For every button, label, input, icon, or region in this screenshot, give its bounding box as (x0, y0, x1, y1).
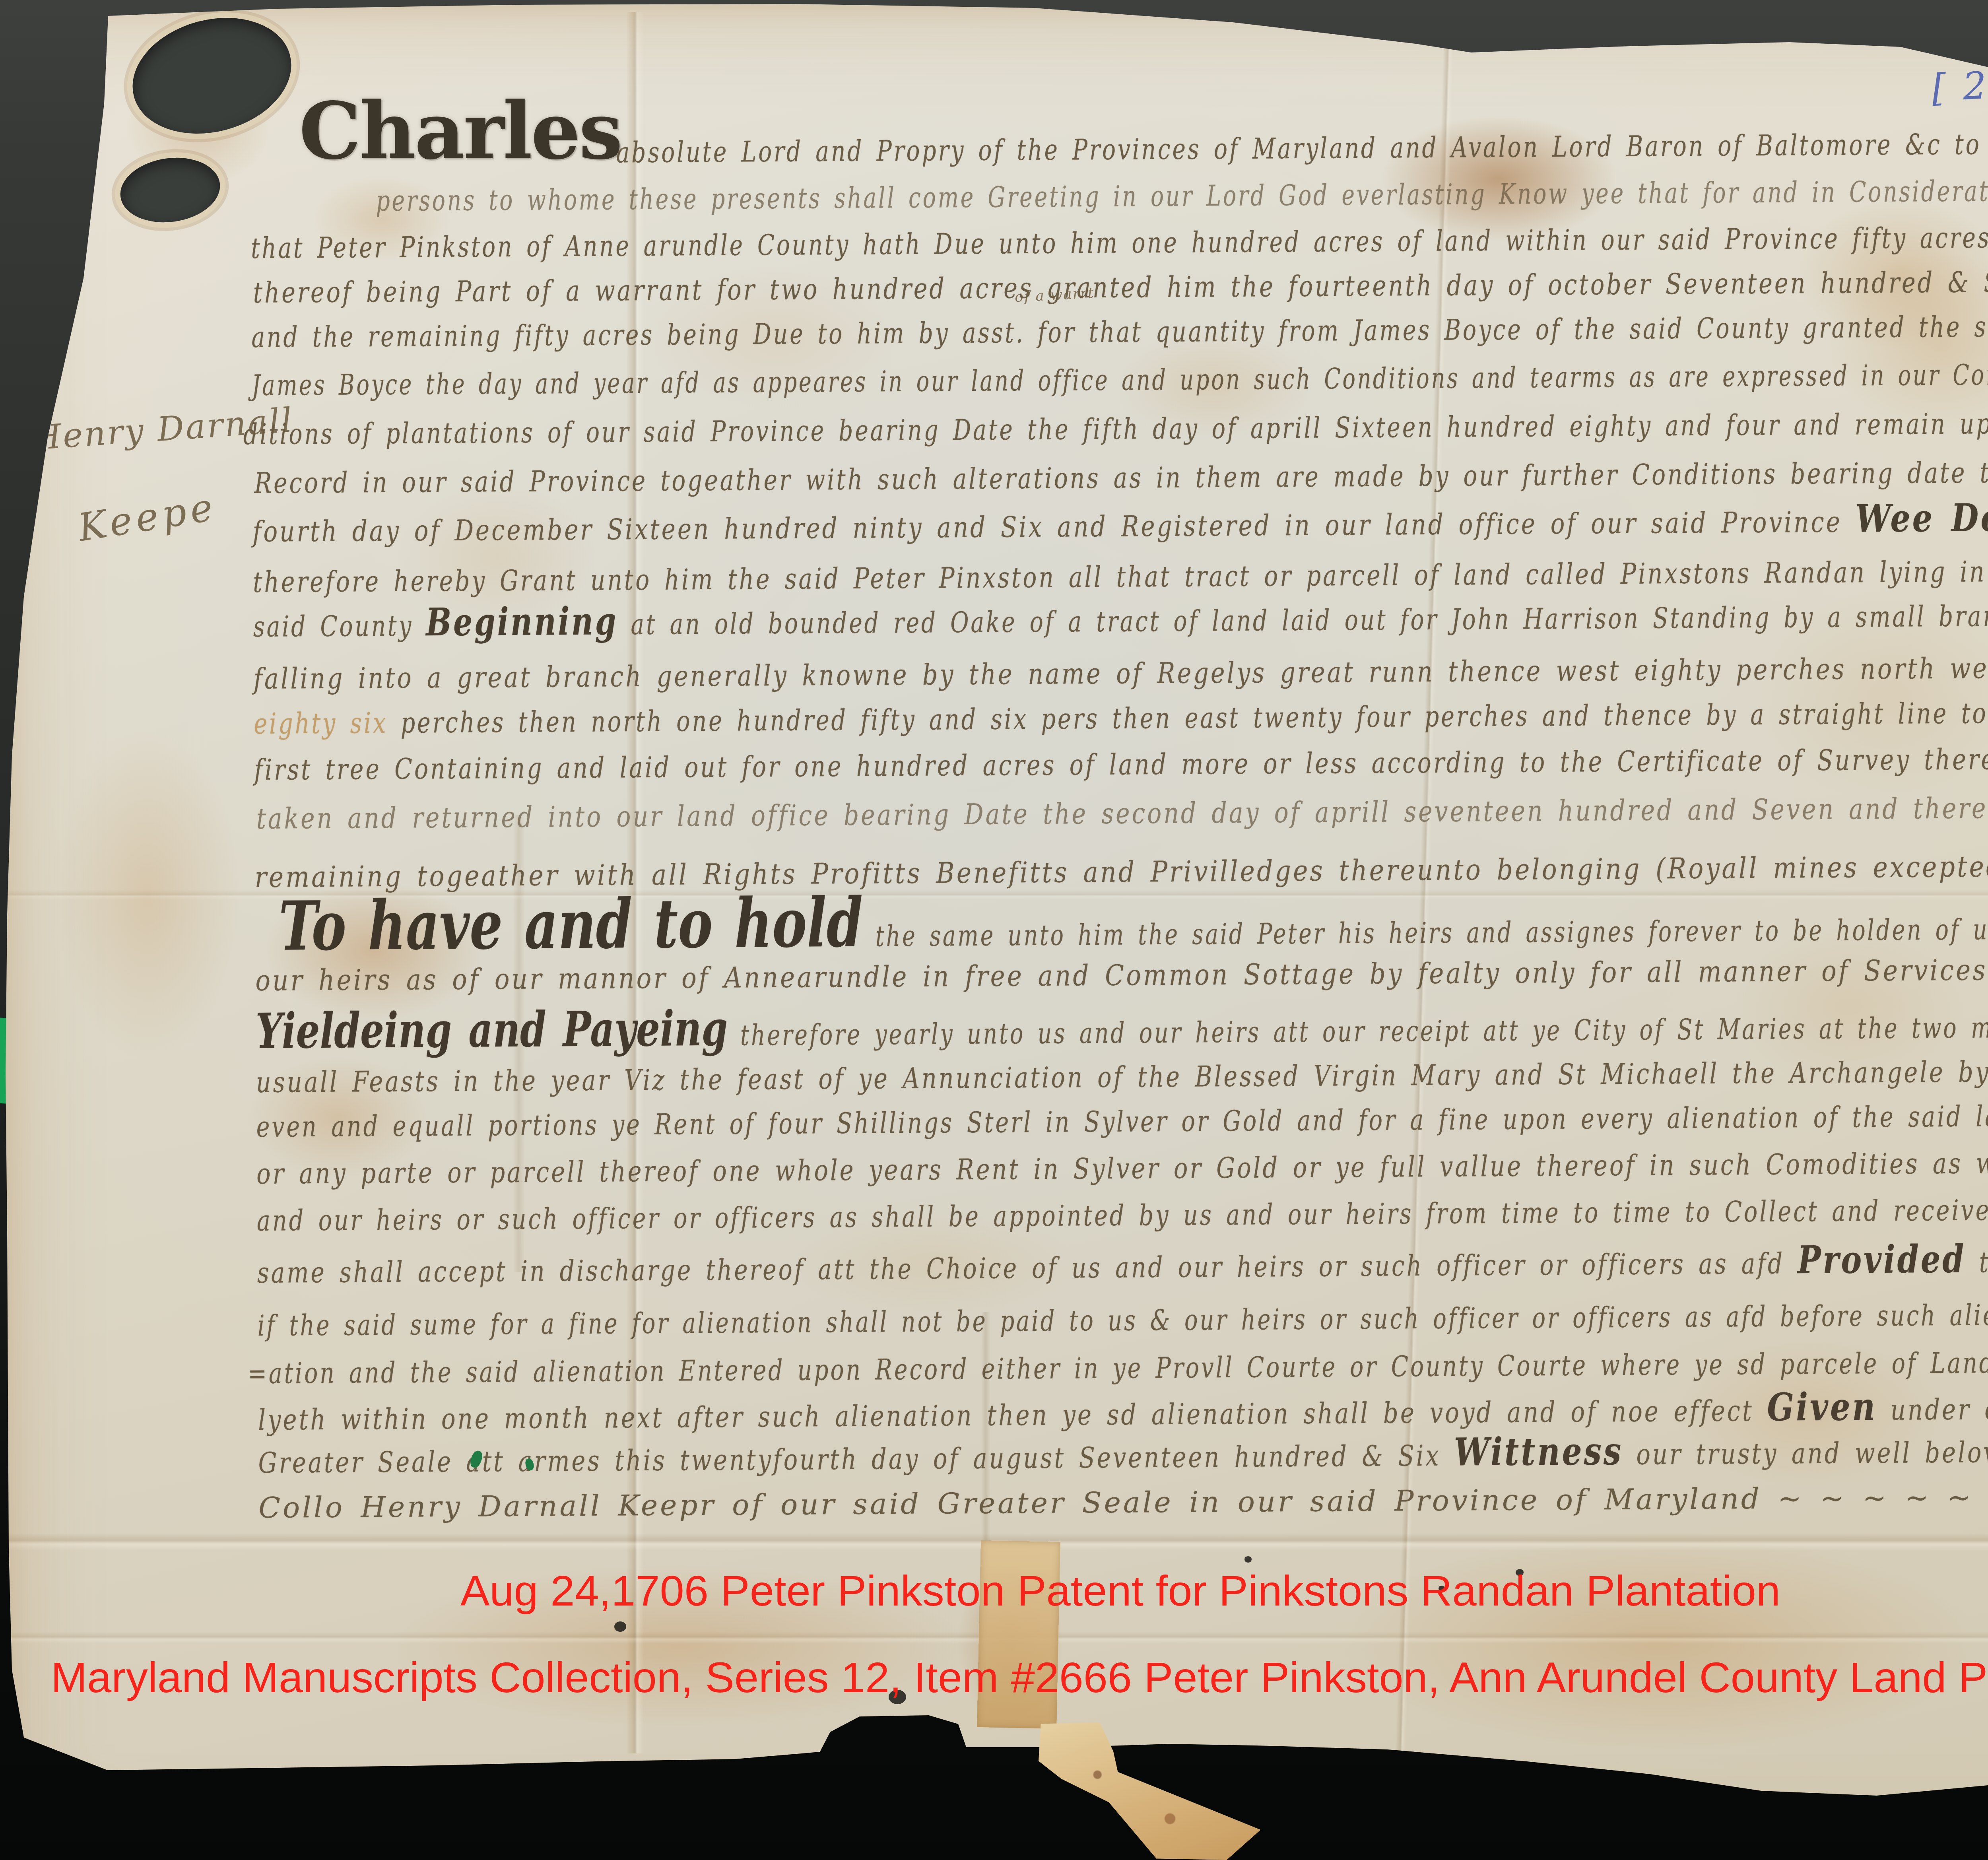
manuscript-line: Yieldeing and Payeing therefore yearly u… (256, 992, 1988, 1060)
manuscript-line: if the said sume for a fine for alienati… (257, 1298, 1988, 1342)
manuscript-line: even and equall portions ye Rent of four… (256, 1099, 1988, 1144)
manuscript-line: taken and returned into our land office … (256, 791, 1988, 835)
scanned-document-photo: Charles absolute Lord and Propry of the … (0, 0, 1988, 1860)
manuscript-line: absolute Lord and Propry of the Province… (616, 127, 1988, 169)
manuscript-line: same shall accept in discharge thereof a… (257, 1236, 1988, 1292)
manuscript-line: James Boyce the day and year afd as appe… (252, 358, 1988, 402)
manuscript-line: thereof being Part of a warrant for two … (253, 265, 1988, 309)
manuscript-line: first tree Containing and laid out for o… (254, 742, 1988, 786)
manuscript-line: said County Beginning at an old bounded … (253, 590, 1988, 646)
caption-date-title: Aug 24,1706 Peter Pinkston Patent for Pi… (460, 1566, 1780, 1615)
manuscript-line: Record in our said Province togeather wi… (254, 456, 1988, 500)
manuscript-line: fourth day of December Sixteen hundred n… (252, 495, 1988, 551)
caption-collection-reference: Maryland Manuscripts Collection, Series … (51, 1652, 1988, 1702)
ink-speck (1244, 1556, 1252, 1563)
manuscript-line: Collo Henry Darnall Keepr of our said Gr… (258, 1480, 1988, 1524)
manuscript-line: or any parte or parcell thereof one whol… (256, 1146, 1988, 1190)
manuscript-line: eighty six perches then north one hundre… (254, 696, 1988, 740)
ink-speck (614, 1621, 626, 1632)
manuscript-line: =ation and the said alienation Entered u… (248, 1346, 1988, 1390)
manuscript-line: and our heirs or such officer or officer… (257, 1193, 1988, 1237)
manuscript-line: usuall Feasts in the year Viz the feast … (256, 1055, 1988, 1099)
manuscript-line: ditions of plantations of our said Provi… (243, 407, 1988, 451)
manuscript-line: and the remaining fifty acres being Due … (251, 310, 1988, 354)
manuscript-line: persons to whome these presents shall co… (376, 174, 1988, 217)
manuscript-line: To have and to hold the same unto him th… (279, 876, 1988, 966)
manuscript-line: falling into a great branch generally kn… (253, 651, 1988, 695)
archival-item-number: [ 2666] (1930, 59, 1988, 110)
manuscript-line: that Peter Pinkston of Anne arundle Coun… (251, 221, 1988, 265)
